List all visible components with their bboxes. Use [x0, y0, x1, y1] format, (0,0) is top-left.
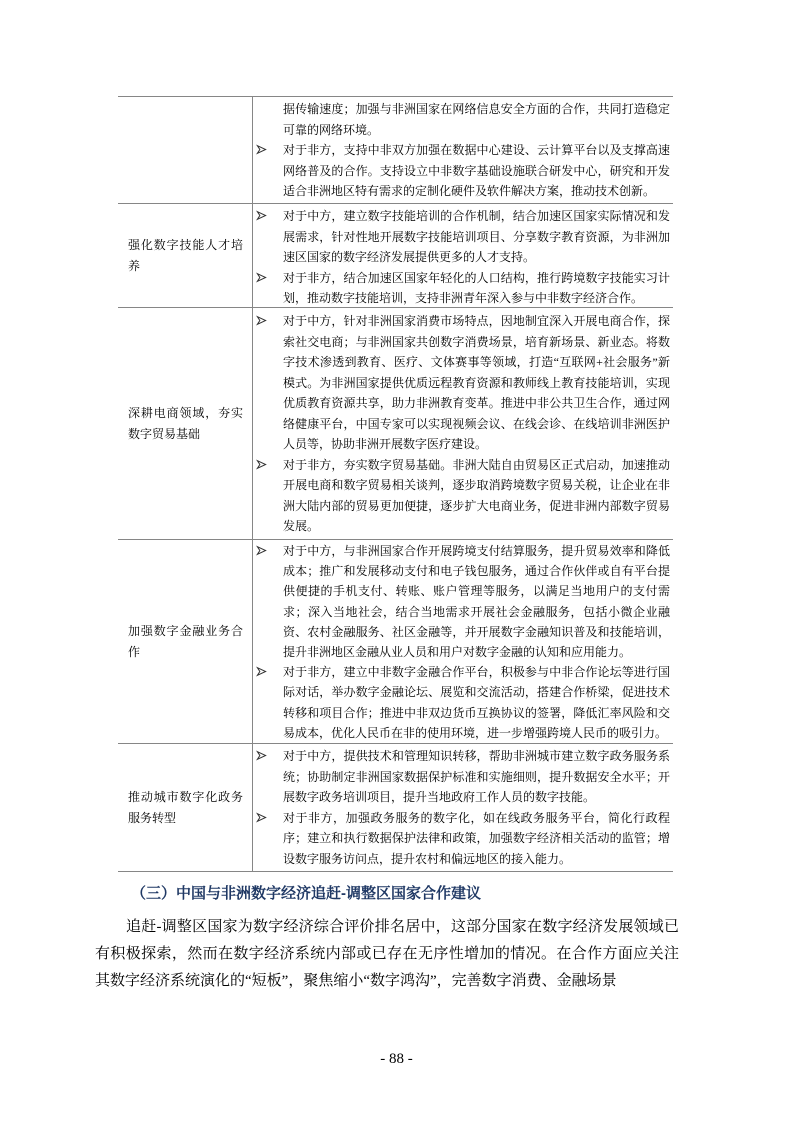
- arrow-bullet-icon: [253, 206, 283, 268]
- row-content: 对于中方，针对非洲国家消费市场特点，因地制宜深入开展电商合作，探索社交电商；与非…: [253, 308, 673, 539]
- table-row: 推动城市数字化政务服务转型 对于中方，提供技术和管理知识转移，帮助非洲城市建立数…: [118, 743, 673, 871]
- body-paragraph: 追赶-调整区国家为数字经济综合评价排名居中，这部分国家在数字经济发展领域已有积极…: [95, 914, 679, 995]
- row-label: 加强数字金融业务合作: [118, 540, 253, 743]
- item-text: 对于非方，建立中非数字金融合作平台，积极参与中非合作论坛等进行国际对话，举办数字…: [283, 662, 670, 743]
- row-content: 对于中方，与非洲国家合作开展跨境支付结算服务，提升贸易效率和降低成本；推广和发展…: [253, 540, 673, 743]
- row-label: 推动城市数字化政务服务转型: [118, 744, 253, 871]
- list-item: 对于非方，建立中非数字金融合作平台，积极参与中非合作论坛等进行国际对话，举办数字…: [253, 662, 670, 743]
- item-text: 对于中方，与非洲国家合作开展跨境支付结算服务，提升贸易效率和降低成本；推广和发展…: [283, 541, 670, 662]
- item-text: 对于中方，建立数字技能培训的合作机制，结合加速区国家实际情况和发展需求，针对性地…: [283, 206, 670, 268]
- empty-marker: [253, 99, 283, 140]
- table-row: 据传输速度；加强与非洲国家在网络信息安全方面的合作，共同打造稳定可靠的网络环境。…: [118, 97, 673, 203]
- item-text: 对于非方，支持中非双方加强在数据中心建设、云计算平台以及支撑高速网络普及的合作。…: [283, 140, 670, 202]
- row-label: [118, 97, 253, 203]
- list-item: 对于非方，加强政务服务的数字化，如在线政务服务平台，简化行政程序；建立和执行数据…: [253, 808, 670, 870]
- arrow-bullet-icon: [253, 140, 283, 202]
- arrow-bullet-icon: [253, 455, 283, 537]
- arrow-bullet-icon: [253, 662, 283, 743]
- item-text: 对于非方，结合加速区国家年轻化的人口结构，推行跨境数字技能实习计划，推动数字技能…: [283, 268, 670, 308]
- section-heading: （三）中国与非洲数字经济追赶-调整区国家合作建议: [131, 883, 691, 905]
- row-content: 对于中方，提供技术和管理知识转移，帮助非洲城市建立数字政务服务系统；协助制定非洲…: [253, 744, 673, 871]
- row-content: 据传输速度；加强与非洲国家在网络信息安全方面的合作，共同打造稳定可靠的网络环境。…: [253, 97, 673, 203]
- document-page: 据传输速度；加强与非洲国家在网络信息安全方面的合作，共同打造稳定可靠的网络环境。…: [0, 0, 793, 1122]
- list-item: 据传输速度；加强与非洲国家在网络信息安全方面的合作，共同打造稳定可靠的网络环境。: [253, 99, 670, 140]
- item-text: 对于非方，夯实数字贸易基础。非洲大陆自由贸易区正式启动，加速推动开展电商和数字贸…: [283, 455, 670, 537]
- row-label: 深耕电商领域，夯实数字贸易基础: [118, 308, 253, 539]
- item-text: 对于中方，针对非洲国家消费市场特点，因地制宜深入开展电商合作，探索社交电商；与非…: [283, 311, 670, 455]
- arrow-bullet-icon: [253, 311, 283, 455]
- table-row: 强化数字技能人才培养 对于中方，建立数字技能培训的合作机制，结合加速区国家实际情…: [118, 203, 673, 307]
- row-content: 对于中方，建立数字技能培训的合作机制，结合加速区国家实际情况和发展需求，针对性地…: [253, 204, 673, 307]
- arrow-bullet-icon: [253, 268, 283, 308]
- arrow-bullet-icon: [253, 746, 283, 808]
- item-text: 据传输速度；加强与非洲国家在网络信息安全方面的合作，共同打造稳定可靠的网络环境。: [283, 99, 670, 140]
- page-number: - 88 -: [0, 1049, 793, 1069]
- table-row: 深耕电商领域，夯实数字贸易基础 对于中方，针对非洲国家消费市场特点，因地制宜深入…: [118, 307, 673, 539]
- item-text: 对于中方，提供技术和管理知识转移，帮助非洲城市建立数字政务服务系统；协助制定非洲…: [283, 746, 670, 808]
- arrow-bullet-icon: [253, 808, 283, 870]
- arrow-bullet-icon: [253, 541, 283, 662]
- list-item: 对于非方，支持中非双方加强在数据中心建设、云计算平台以及支撑高速网络普及的合作。…: [253, 140, 670, 202]
- list-item: 对于中方，针对非洲国家消费市场特点，因地制宜深入开展电商合作，探索社交电商；与非…: [253, 311, 670, 455]
- list-item: 对于中方，建立数字技能培训的合作机制，结合加速区国家实际情况和发展需求，针对性地…: [253, 206, 670, 268]
- table-row: 加强数字金融业务合作 对于中方，与非洲国家合作开展跨境支付结算服务，提升贸易效率…: [118, 539, 673, 743]
- row-label: 强化数字技能人才培养: [118, 204, 253, 307]
- cooperation-table: 据传输速度；加强与非洲国家在网络信息安全方面的合作，共同打造稳定可靠的网络环境。…: [118, 96, 673, 872]
- item-text: 对于非方，加强政务服务的数字化，如在线政务服务平台，简化行政程序；建立和执行数据…: [283, 808, 670, 870]
- list-item: 对于中方，与非洲国家合作开展跨境支付结算服务，提升贸易效率和降低成本；推广和发展…: [253, 541, 670, 662]
- list-item: 对于中方，提供技术和管理知识转移，帮助非洲城市建立数字政务服务系统；协助制定非洲…: [253, 746, 670, 808]
- list-item: 对于非方，结合加速区国家年轻化的人口结构，推行跨境数字技能实习计划，推动数字技能…: [253, 268, 670, 308]
- list-item: 对于非方，夯实数字贸易基础。非洲大陆自由贸易区正式启动，加速推动开展电商和数字贸…: [253, 455, 670, 537]
